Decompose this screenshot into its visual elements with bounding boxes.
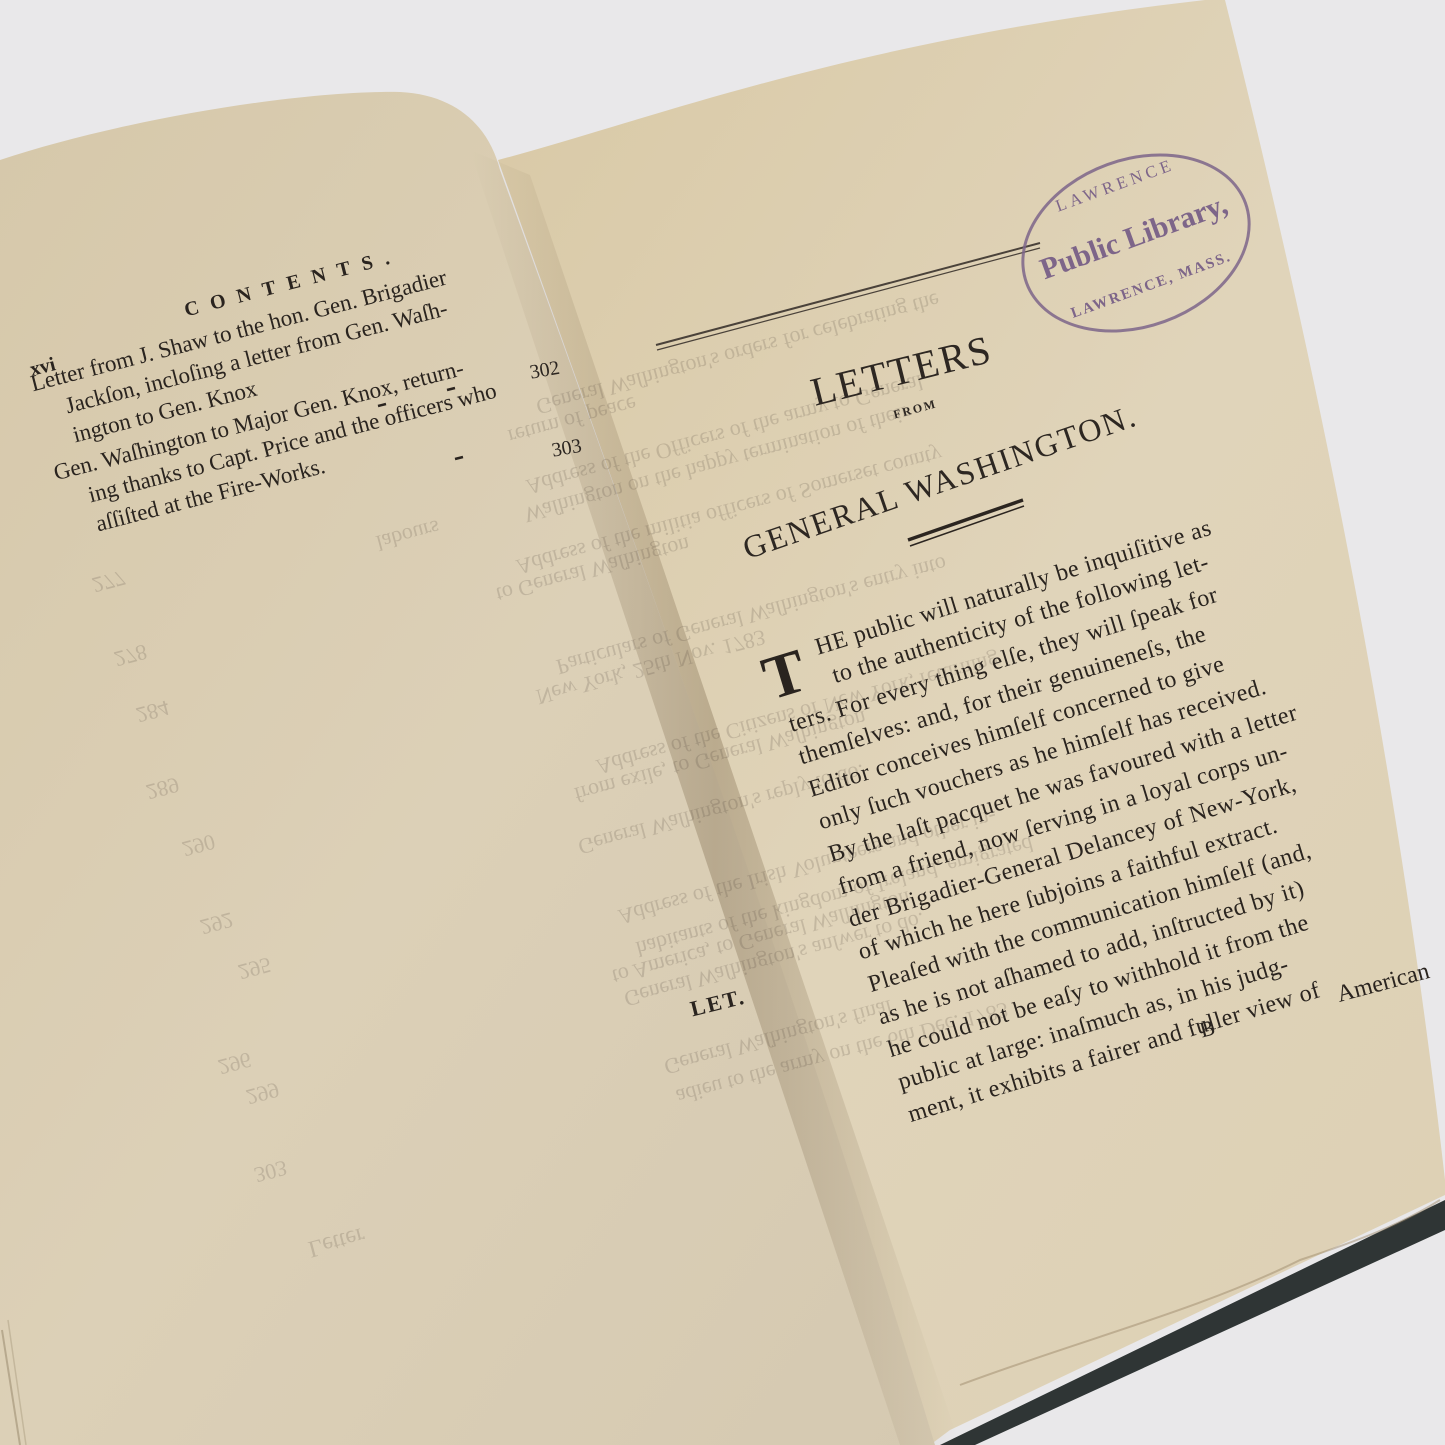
book-photo: xvi CONTENTS. Letter from J. Shaw to the… (0, 0, 1445, 1445)
